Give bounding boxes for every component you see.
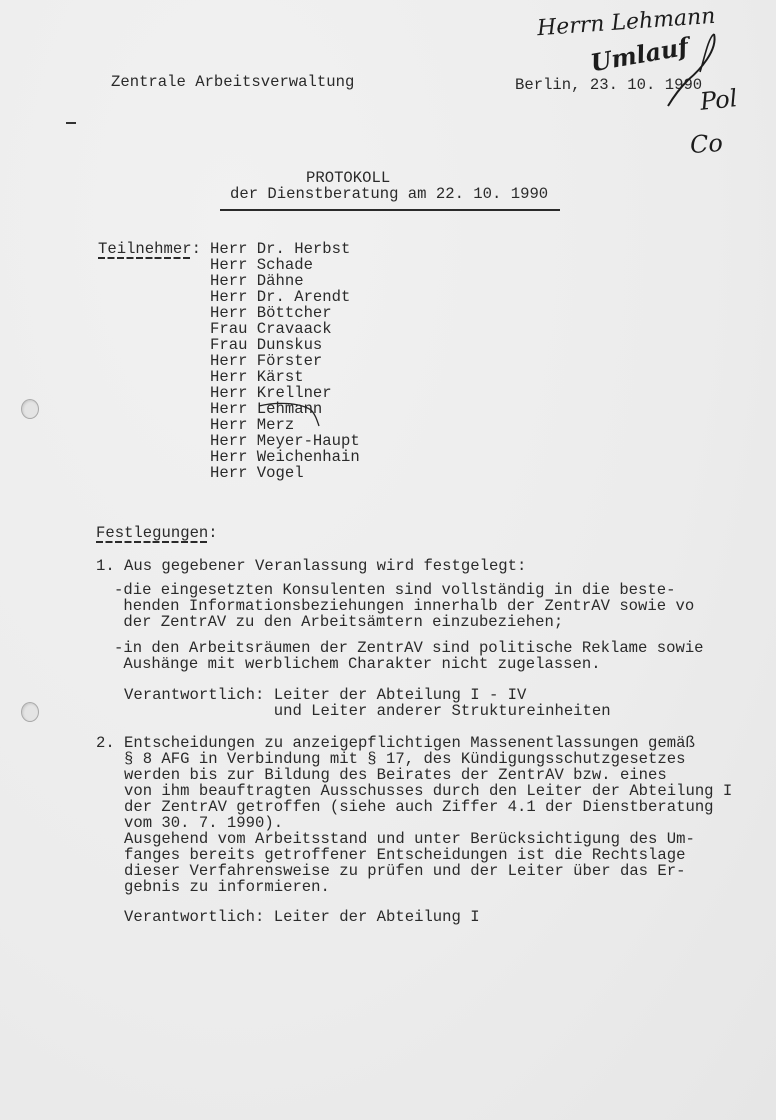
text-line: der ZentrAV zu den Arbeitsämtern einzube… — [114, 614, 694, 630]
participants-list: Herr Dr. HerbstHerr SchadeHerr DähneHerr… — [210, 241, 360, 481]
participant-entry: Herr Krellner — [210, 385, 360, 401]
organization-name: Zentrale Arbeitsverwaltung — [111, 74, 354, 90]
participant-entry: Herr Böttcher — [210, 305, 360, 321]
text-line: dieser Verfahrensweise zu prüfen und der… — [124, 863, 732, 879]
document-title: PROTOKOLL — [306, 170, 390, 186]
participant-entry: Herr Dähne — [210, 273, 360, 289]
text-line: fanges bereits getroffener Entscheidunge… — [124, 847, 732, 863]
participants-label: Teilnehmer: — [98, 241, 201, 257]
decision-1-responsible: Verantwortlich: Leiter der Abteilung I -… — [124, 687, 611, 719]
participant-entry: Herr Schade — [210, 257, 360, 273]
text-line: -die eingesetzten Konsulenten sind volls… — [114, 582, 694, 598]
participant-entry: Herr Vogel — [210, 465, 360, 481]
title-underline — [220, 209, 560, 211]
participant-entry: Herr Dr. Herbst — [210, 241, 360, 257]
participant-entry: Frau Dunskus — [210, 337, 360, 353]
decisions-label-underline — [96, 541, 209, 543]
participant-entry: Herr Meyer-Haupt — [210, 433, 360, 449]
responsible-line: Verantwortlich: Leiter der Abteilung I — [124, 909, 480, 925]
text-line: der ZentrAV getroffen (siehe auch Ziffer… — [124, 799, 732, 815]
text-line: henden Informationsbeziehungen innerhalb… — [114, 598, 694, 614]
participant-entry: Herr Kärst — [210, 369, 360, 385]
text-line: von ihm beauftragten Ausschusses durch d… — [124, 783, 732, 799]
handwritten-initials-pol: Pol — [699, 84, 739, 116]
decisions-label: Festlegungen: — [96, 525, 218, 541]
decision-1-number: 1. — [96, 558, 115, 574]
text-line: § 8 AFG in Verbindung mit § 17, des Künd… — [124, 751, 732, 767]
participant-entry: Frau Cravaack — [210, 321, 360, 337]
handwritten-initials-co: Co — [689, 129, 724, 159]
punch-hole-top — [21, 399, 39, 419]
decision-1-bullet-2: -in den Arbeitsräumen der ZentrAV sind p… — [114, 640, 704, 672]
text-line: Aushänge mit werblichem Charakter nicht … — [114, 656, 704, 672]
decision-2-responsible: Verantwortlich: Leiter der Abteilung I — [124, 909, 480, 925]
decision-2-number: 2. — [96, 735, 115, 751]
decision-2-text: Entscheidungen zu anzeigepflichtigen Mas… — [124, 735, 732, 895]
document-subtitle: der Dienstberatung am 22. 10. 1990 — [230, 186, 548, 202]
responsible-line: Verantwortlich: Leiter der Abteilung I -… — [124, 687, 611, 703]
text-line: gebnis zu informieren. — [124, 879, 732, 895]
text-line: Ausgehend vom Arbeitsstand und unter Ber… — [124, 831, 732, 847]
participant-entry: Herr Förster — [210, 353, 360, 369]
participants-label-underline — [98, 257, 192, 259]
decision-1-bullet-1: -die eingesetzten Konsulenten sind volls… — [114, 582, 694, 630]
participant-entry: Herr Weichenhain — [210, 449, 360, 465]
stray-mark — [66, 122, 76, 124]
decision-1-intro: Aus gegebener Veranlassung wird festgele… — [124, 558, 526, 574]
handwritten-check-mark-icon — [255, 400, 325, 430]
text-line: -in den Arbeitsräumen der ZentrAV sind p… — [114, 640, 704, 656]
text-line: vom 30. 7. 1990). — [124, 815, 732, 831]
text-line: Entscheidungen zu anzeigepflichtigen Mas… — [124, 735, 732, 751]
text-line: werden bis zur Bildung des Beirates der … — [124, 767, 732, 783]
participant-entry: Herr Dr. Arendt — [210, 289, 360, 305]
document-page: Zentrale Arbeitsverwaltung Berlin, 23. 1… — [0, 0, 776, 1120]
responsible-line: und Leiter anderer Struktureinheiten — [124, 703, 611, 719]
punch-hole-bottom — [21, 702, 39, 722]
